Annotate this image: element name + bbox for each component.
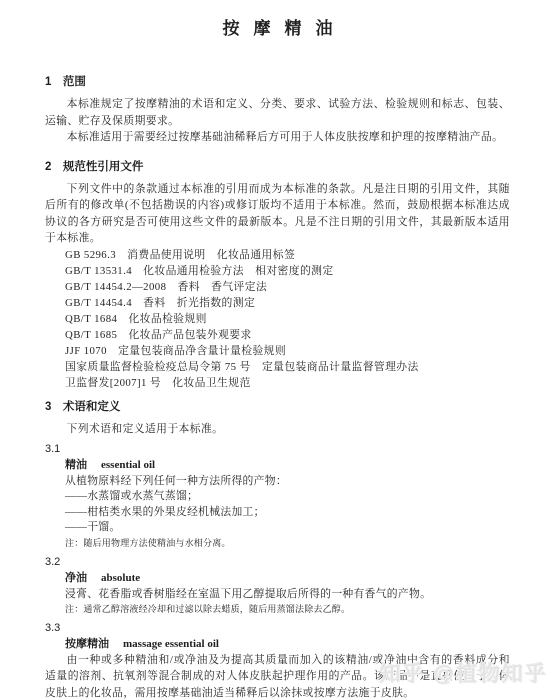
term-3-3-name-cn: 按摩精油	[65, 638, 109, 650]
document-title: 按摩精油	[45, 18, 510, 40]
term-3-2-title: 净油absolute	[65, 570, 510, 586]
section-1-paragraph-1: 本标准规定了按摩精油的术语和定义、分类、要求、试验方法、检验规则和标志、包装、运…	[45, 96, 510, 129]
reference-item: GB/T 14454.2—2008 香料 香气评定法	[65, 279, 510, 295]
term-3-1-list-item: ——水蒸馏或水蒸气蒸馏；	[65, 489, 510, 505]
term-3-3-number: 3.3	[45, 620, 510, 636]
term-3-2-number: 3.2	[45, 554, 510, 570]
reference-item: 卫监督发[2007]1 号 化妆品卫生规范	[65, 375, 510, 391]
document-page: 按摩精油 1 范围 本标准规定了按摩精油的术语和定义、分类、要求、试验方法、检验…	[0, 0, 556, 700]
reference-item: JJF 1070 定量包装商品净含量计量检验规则	[65, 343, 510, 359]
term-3-1-number: 3.1	[45, 441, 510, 457]
zhihu-watermark: 知乎 @植物知乎	[380, 658, 548, 688]
term-3-1-name-en: essential oil	[101, 459, 155, 471]
section-3-heading: 3 术语和定义	[45, 399, 510, 415]
term-3-2-name-en: absolute	[101, 572, 140, 584]
section-1-paragraph-2: 本标准适用于需要经过按摩基础油稀释后方可用于人体皮肤按摩和护理的按摩精油产品。	[45, 129, 510, 146]
term-3-3-title: 按摩精油massage essential oil	[65, 636, 510, 652]
reference-item: GB 5296.3 消费品使用说明 化妆品通用标签	[65, 247, 510, 263]
term-3-1-name-cn: 精油	[65, 459, 87, 471]
term-3-3-name-en: massage essential oil	[123, 638, 219, 650]
term-3-1-list-item: ——柑桔类水果的外果皮经机械法加工；	[65, 505, 510, 521]
reference-item: 国家质量监督检验检疫总局令第 75 号 定量包装商品计量监督管理办法	[65, 359, 510, 375]
term-3-2-name-cn: 净油	[65, 572, 87, 584]
reference-item: GB/T 13531.4 化妆品通用检验方法 相对密度的测定	[65, 263, 510, 279]
section-2-intro: 下列文件中的条款通过本标准的引用而成为本标准的条款。凡是注日期的引用文件，其随后…	[45, 181, 510, 247]
term-3-1-definition: 从植物原料经下列任何一种方法所得的产物：	[65, 473, 510, 489]
reference-list: GB 5296.3 消费品使用说明 化妆品通用标签 GB/T 13531.4 化…	[65, 247, 510, 391]
section-2-heading: 2 规范性引用文件	[45, 159, 510, 175]
term-3-1-note: 注：随后用物理方法使精油与水相分离。	[65, 536, 510, 550]
reference-item: QB/T 1684 化妆品检验规则	[65, 311, 510, 327]
reference-item: GB/T 14454.4 香料 折光指数的测定	[65, 295, 510, 311]
section-3-intro: 下列术语和定义适用于本标准。	[45, 421, 510, 438]
term-3-1-list-item: ——干馏。	[65, 520, 510, 536]
reference-item: QB/T 1685 化妆品产品包装外观要求	[65, 327, 510, 343]
term-3-1-title: 精油essential oil	[65, 457, 510, 473]
term-3-2-definition: 浸膏、花香脂或香树脂经在室温下用乙醇提取后所得的一种有香气的产物。	[65, 586, 510, 602]
term-3-2-note: 注：通常乙醇溶液经冷却和过滤以除去蜡质，随后用蒸馏法除去乙醇。	[65, 602, 510, 616]
section-1-heading: 1 范围	[45, 74, 510, 90]
